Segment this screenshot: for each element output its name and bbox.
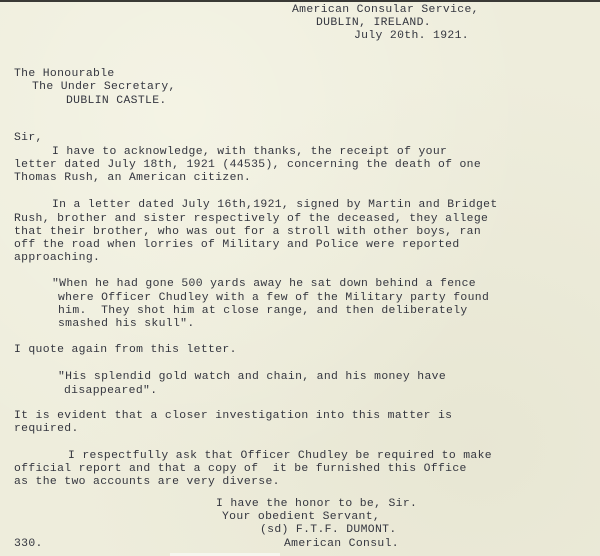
addressee-line-3: DUBLIN CASTLE.	[66, 95, 167, 108]
paragraph-line: I quote again from this letter.	[14, 344, 237, 357]
quotation-line: where Officer Chudley with a few of the …	[58, 292, 489, 305]
letter-date: July 20th. 1921.	[354, 30, 469, 43]
quotation-line: him. They shot him at close range, and t…	[58, 305, 468, 318]
salutation: Sir,	[14, 132, 43, 145]
quotation-line: "His splendid gold watch and chain, and …	[58, 371, 446, 384]
paragraph-line: Thomas Rush, an American citizen.	[14, 172, 251, 185]
quotation-line: disappeared".	[64, 385, 157, 398]
addressee-line-2: The Under Secretary,	[32, 81, 176, 94]
paragraph-line: approaching.	[14, 252, 100, 265]
paragraph-line: official report and that a copy of it be…	[14, 463, 467, 476]
reference-number: 330.	[14, 538, 43, 551]
sender-service: American Consular Service,	[292, 4, 479, 17]
closing-phrase: I have the honor to be, Sir.	[216, 498, 417, 511]
quotation-line: "When he had gone 500 yards away he sat …	[52, 278, 476, 291]
paragraph-line: required.	[14, 423, 79, 436]
paragraph-line: as the two accounts are very diverse.	[14, 476, 280, 489]
quotation-line: smashed his skull".	[58, 318, 195, 331]
paragraph-line: off the road when lorries of Military an…	[14, 239, 460, 252]
paragraph-line: I respectfully ask that Officer Chudley …	[68, 450, 492, 463]
paragraph-line: letter dated July 18th, 1921 (44535), co…	[14, 159, 481, 172]
typed-letter-page: American Consular Service, DUBLIN, IRELA…	[0, 0, 600, 556]
paragraph-line: In a letter dated July 16th,1921, signed…	[52, 199, 498, 212]
closing-servant: Your obedient Servant,	[222, 511, 380, 524]
paragraph-line: Rush, brother and sister respectively of…	[14, 213, 488, 226]
paragraph-line: that their brother, who was out for a st…	[14, 226, 481, 239]
paragraph-line: I have to acknowledge, with thanks, the …	[52, 146, 447, 159]
paragraph-line: It is evident that a closer investigatio…	[14, 410, 452, 423]
sender-location: DUBLIN, IRELAND.	[316, 17, 431, 30]
addressee-line-1: The Honourable	[14, 68, 115, 81]
signature-title: American Consul.	[284, 538, 399, 551]
signature-name: (sd) F.T.F. DUMONT.	[260, 524, 397, 537]
